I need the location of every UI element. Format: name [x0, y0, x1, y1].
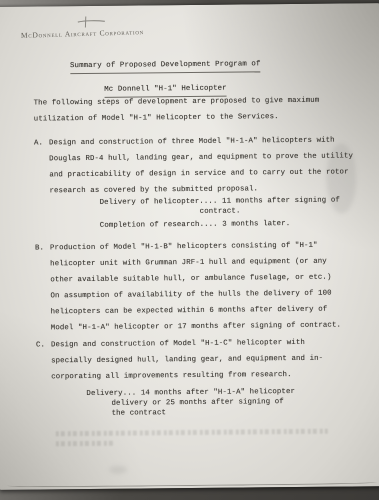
photographed-document: McDonnell Aircraft Corporation Summary o… — [0, 0, 379, 500]
paper-smudge-bottom — [109, 466, 127, 474]
title-line-1: Summary of Proposed Development Program … — [15, 52, 315, 75]
paper-smudge — [326, 143, 357, 213]
letterhead: McDonnell Aircraft Corporation — [21, 27, 144, 40]
section-c-body: Design and construction of Model "H-1-C"… — [51, 335, 324, 386]
section-c-delivery-line2: delivery or 25 months after signing of — [111, 397, 283, 409]
bleed-through-text-line2 — [56, 441, 114, 447]
section-a-delivery-line2: contract. — [200, 207, 241, 217]
intro-paragraph: The following steps of development are p… — [34, 93, 320, 128]
section-c-delivery-line3: the contract — [112, 408, 167, 419]
section-b-body: Production of Model "H-1-B" helicopters … — [50, 238, 341, 337]
section-c-label: C. — [36, 337, 45, 353]
bleed-through-text-line1 — [56, 429, 328, 437]
section-b-label: B. — [35, 240, 44, 256]
section-a-label: A. — [34, 135, 43, 151]
paper-sheet: McDonnell Aircraft Corporation Summary o… — [0, 3, 379, 490]
section-a-body: Design and construction of three Model "… — [49, 132, 353, 199]
section-a-completion-line: Completion of research.... 3 months late… — [100, 219, 291, 231]
